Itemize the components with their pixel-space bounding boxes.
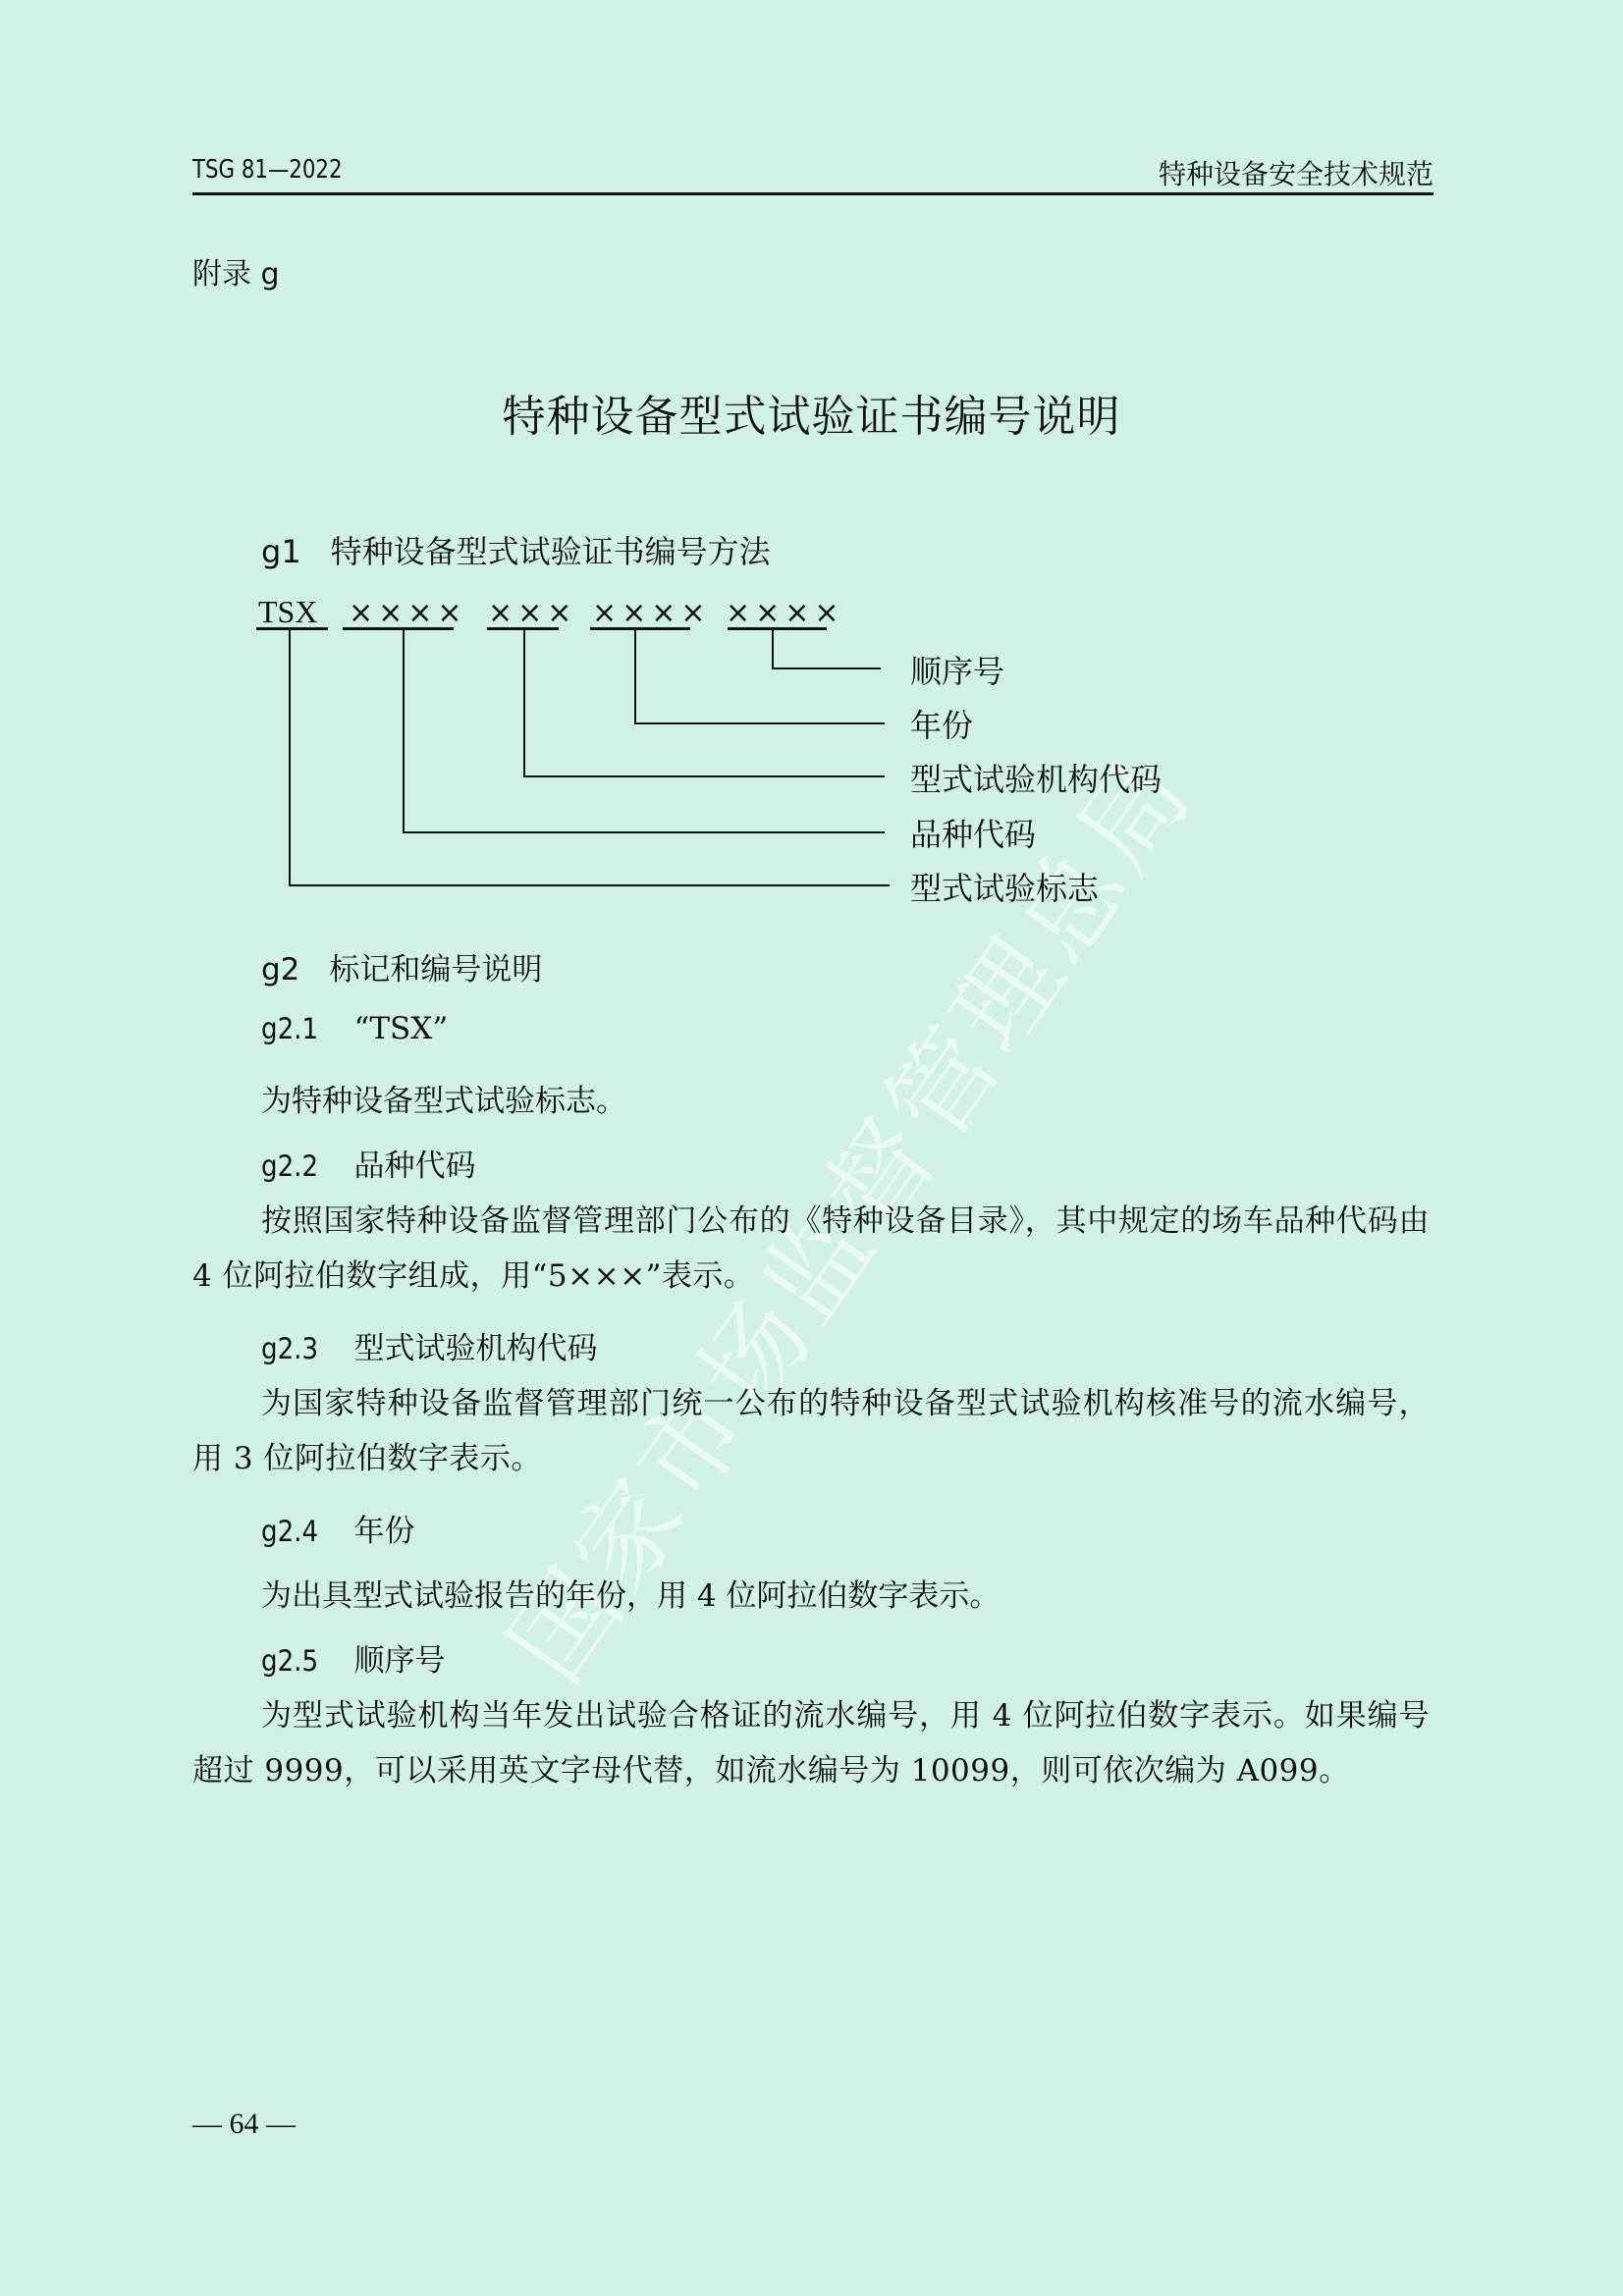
subsection-g2-1-heading: g2.1“TSX” [261,1011,448,1046]
code-segment-institution: ××× [488,596,576,630]
underline-year [590,627,690,630]
subsection-g2-5-text: 为型式试验机构当年发出试验合格证的流水编号，用 4 位阿拉伯数字表示。如果编号超… [192,1688,1430,1798]
section-g2-heading: g2标记和编号说明 [261,944,542,988]
subsection-title: 品种代码 [354,1148,476,1184]
section-g1-heading: g1特种设备型式试验证书编号方法 [261,527,771,572]
label-test-mark: 型式试验标志 [910,864,1099,909]
connector-institution [523,629,525,777]
subsection-title: 顺序号 [354,1643,446,1679]
section-number: g2 [261,952,299,988]
label-institution-code: 型式试验机构代码 [910,755,1162,800]
connector-variety [403,629,405,833]
code-segment-year: ×××× [592,596,711,630]
appendix-label: 附录 g [192,249,280,293]
leg-tsx [289,884,890,886]
subsection-number: g2.2 [261,1149,318,1183]
section-title: 标记和编号说明 [329,952,542,988]
subsection-number: g2.5 [261,1644,318,1678]
subsection-g2-2-heading: g2.2品种代码 [261,1141,476,1185]
header-rule [192,192,1434,195]
page-title: 特种设备型式试验证书编号说明 [0,381,1623,444]
subsection-title: 年份 [354,1514,415,1549]
subsection-g2-3-text: 为国家特种设备监督管理部门统一公布的特种设备型式试验机构核准号的流水编号，用 3… [192,1376,1430,1486]
subsection-g2-4-heading: g2.4年份 [261,1506,415,1550]
underline-variety [343,627,454,630]
underline-tsx [256,627,328,630]
subsection-number: g2.1 [261,1012,318,1045]
subsection-title: “TSX” [354,1011,449,1046]
subsection-g2-2-text: 按照国家特种设备监督管理部门公布的《特种设备目录》，其中规定的场车品种代码由 4… [192,1194,1430,1304]
leg-year [634,722,885,724]
leg-sequence [772,667,881,669]
label-year: 年份 [910,701,973,746]
subsection-g2-3-heading: g2.3型式试验机构代码 [261,1323,598,1367]
connector-tsx [289,629,291,886]
underline-sequence [728,627,827,630]
section-title: 特种设备型式试验证书编号方法 [331,533,771,570]
header-doc-code: TSG 81—2022 [192,155,343,185]
code-segment-tsx: TSX [258,594,317,630]
leg-variety [403,831,885,833]
label-variety-code: 品种代码 [910,810,1036,855]
subsection-title: 型式试验机构代码 [354,1331,598,1366]
code-segment-sequence: ×××× [726,596,844,630]
subsection-number: g2.3 [261,1332,318,1365]
subsection-g2-5-heading: g2.5顺序号 [261,1635,446,1680]
subsection-number: g2.4 [261,1515,318,1548]
subsection-g2-1-text: 为特种设备型式试验标志。 [261,1076,626,1120]
connector-year [634,629,636,724]
code-segment-variety: ×××× [349,596,467,630]
connector-sequence [772,629,774,669]
leg-institution [523,775,885,777]
label-sequence: 顺序号 [910,647,1004,692]
section-number: g1 [261,533,301,570]
page-number: — 64 — [192,2108,296,2141]
header-series: 特种设备安全技术规范 [1159,153,1434,192]
subsection-g2-4-text: 为出具型式试验报告的年份，用 4 位阿拉伯数字表示。 [261,1571,1000,1615]
